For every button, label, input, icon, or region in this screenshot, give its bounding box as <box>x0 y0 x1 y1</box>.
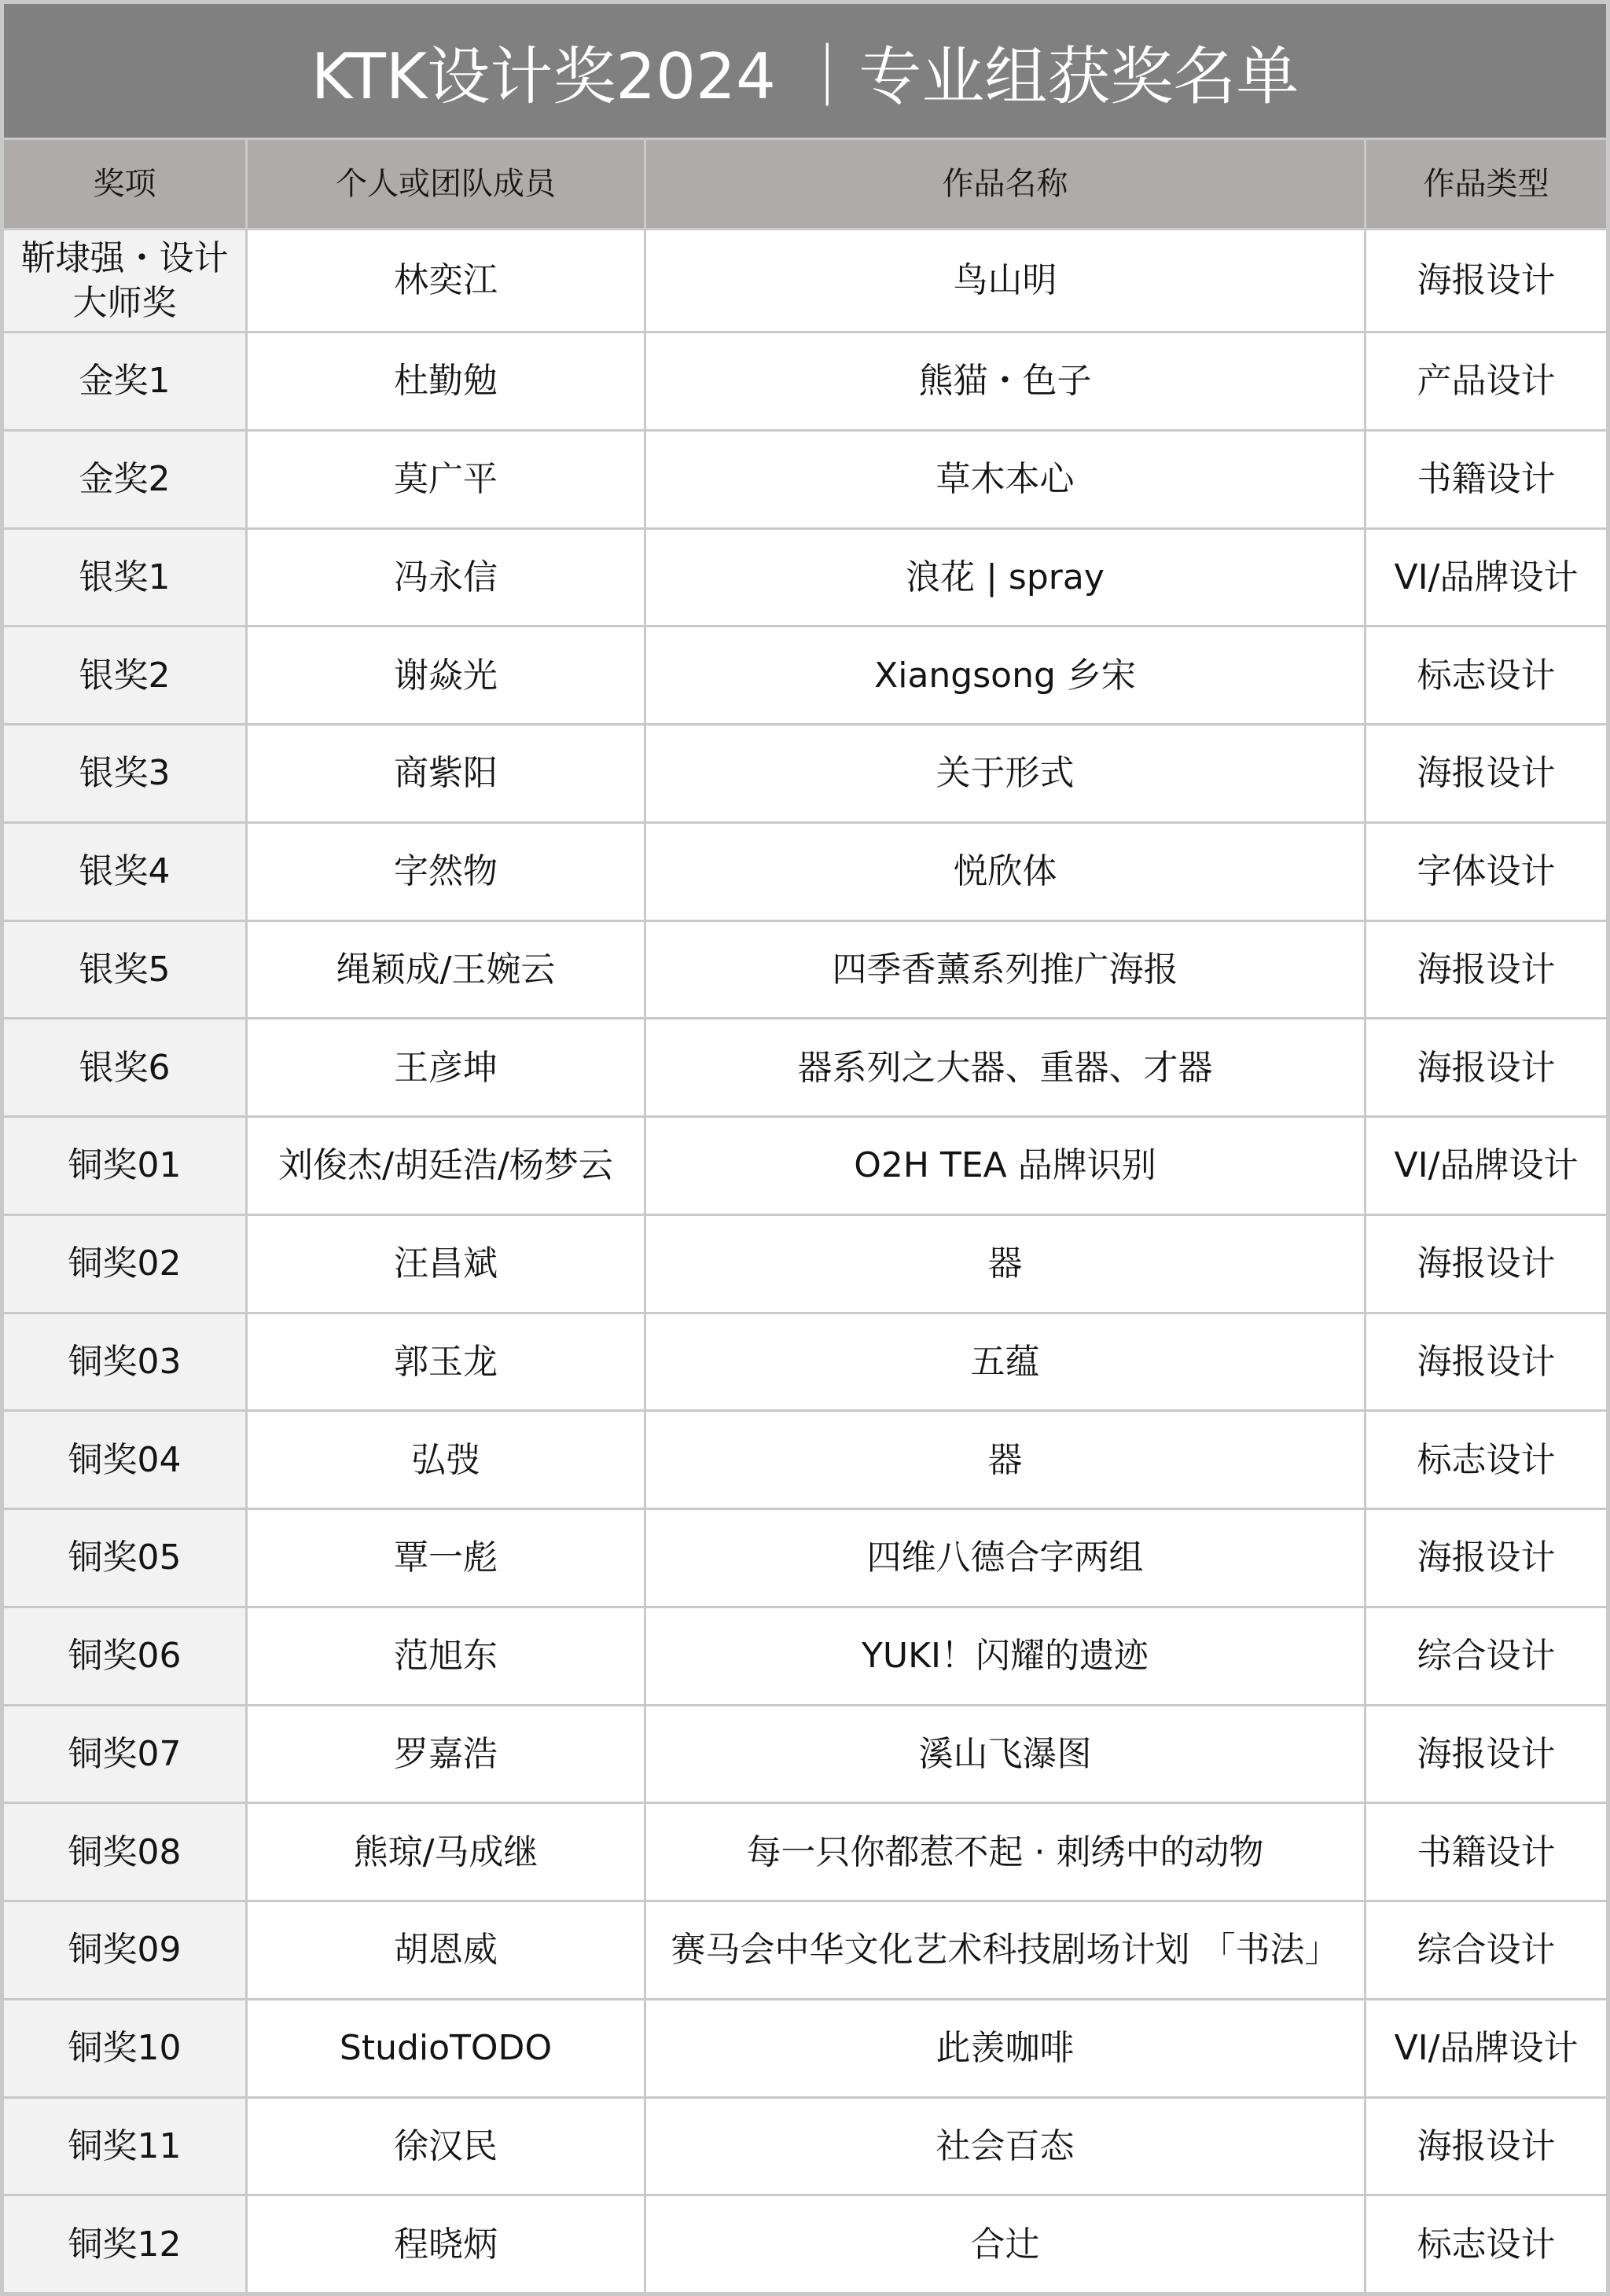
cell-members: 林奕江 <box>248 230 644 331</box>
cell-members: 覃一彪 <box>248 1510 644 1606</box>
cell-type: 书籍设计 <box>1366 1804 1606 1900</box>
cell-type: 海报设计 <box>1366 1706 1606 1802</box>
cell-type: 书籍设计 <box>1366 432 1606 527</box>
cell-award: 靳埭强・设计大师奖 <box>4 230 245 331</box>
cell-award: 铜奖12 <box>4 2196 245 2292</box>
cell-award: 铜奖10 <box>4 2000 245 2096</box>
cell-award: 金奖1 <box>4 333 245 429</box>
cell-type: 产品设计 <box>1366 333 1606 429</box>
cell-award: 金奖2 <box>4 432 245 527</box>
cell-work: 每一只你都惹不起 · 刺绣中的动物 <box>646 1804 1364 1900</box>
cell-award: 铜奖11 <box>4 2099 245 2195</box>
cell-work: 熊猫・色子 <box>646 333 1364 429</box>
cell-work: 浪花 | spray <box>646 530 1364 626</box>
cell-work: 四季香薰系列推广海报 <box>646 922 1364 1018</box>
cell-work: 草木本心 <box>646 432 1364 527</box>
cell-type: 海报设计 <box>1366 2099 1606 2195</box>
cell-award: 铜奖02 <box>4 1216 245 1312</box>
cell-type: VI/品牌设计 <box>1366 530 1606 626</box>
cell-type: VI/品牌设计 <box>1366 1118 1606 1214</box>
cell-members: 冯永信 <box>248 530 644 626</box>
cell-award: 银奖1 <box>4 530 245 626</box>
column-header-work: 作品名称 <box>646 140 1364 228</box>
cell-type: 海报设计 <box>1366 922 1606 1018</box>
cell-type: 字体设计 <box>1366 824 1606 920</box>
cell-award: 铜奖08 <box>4 1804 245 1900</box>
cell-type: 标志设计 <box>1366 1412 1606 1508</box>
cell-award: 银奖6 <box>4 1019 245 1115</box>
award-table: KTK设计奖2024 ｜专业组获奖名单 奖项 个人或团队成员 作品名称 作品类型… <box>0 0 1610 2296</box>
cell-work: Xiangsong 乡宋 <box>646 627 1364 723</box>
cell-members: 罗嘉浩 <box>248 1706 644 1802</box>
cell-members: 绳颖成/王婉云 <box>248 922 644 1018</box>
cell-work: 四维八德合字两组 <box>646 1510 1364 1606</box>
cell-award: 银奖4 <box>4 824 245 920</box>
cell-work: 五蕴 <box>646 1314 1364 1410</box>
cell-members: 字然物 <box>248 824 644 920</box>
cell-type: VI/品牌设计 <box>1366 2000 1606 2096</box>
cell-work: O2H TEA 品牌识别 <box>646 1118 1364 1214</box>
cell-award: 银奖3 <box>4 726 245 821</box>
cell-members: 弘弢 <box>248 1412 644 1508</box>
cell-members: 刘俊杰/胡廷浩/杨梦云 <box>248 1118 644 1214</box>
cell-members: 商紫阳 <box>248 726 644 821</box>
cell-work: 悦欣体 <box>646 824 1364 920</box>
cell-members: 胡恩威 <box>248 1902 644 1998</box>
cell-members: 莫广平 <box>248 432 644 527</box>
cell-type: 海报设计 <box>1366 1216 1606 1312</box>
cell-award: 银奖2 <box>4 627 245 723</box>
cell-work: 器系列之大器、重器、才器 <box>646 1019 1364 1115</box>
column-header-type: 作品类型 <box>1366 140 1606 228</box>
cell-members: 郭玉龙 <box>248 1314 644 1410</box>
cell-work: 赛马会中华文化艺术科技剧场计划 「书法」 <box>646 1902 1364 1998</box>
cell-work: 合辻 <box>646 2196 1364 2292</box>
cell-type: 标志设计 <box>1366 627 1606 723</box>
cell-award: 铜奖03 <box>4 1314 245 1410</box>
cell-award: 铜奖06 <box>4 1608 245 1704</box>
cell-type: 标志设计 <box>1366 2196 1606 2292</box>
cell-members: 徐汉民 <box>248 2099 644 2195</box>
cell-type: 海报设计 <box>1366 1314 1606 1410</box>
cell-members: 汪昌斌 <box>248 1216 644 1312</box>
cell-work: 鸟山明 <box>646 230 1364 331</box>
cell-work: YUKI！闪耀的遗迹 <box>646 1608 1364 1704</box>
cell-award: 银奖5 <box>4 922 245 1018</box>
cell-type: 海报设计 <box>1366 1019 1606 1115</box>
cell-members: StudioTODO <box>248 2000 644 2096</box>
cell-work: 社会百态 <box>646 2099 1364 2195</box>
cell-work: 器 <box>646 1412 1364 1508</box>
cell-work: 关于形式 <box>646 726 1364 821</box>
cell-award: 铜奖01 <box>4 1118 245 1214</box>
cell-award: 铜奖09 <box>4 1902 245 1998</box>
column-header-members: 个人或团队成员 <box>248 140 644 228</box>
cell-type: 海报设计 <box>1366 230 1606 331</box>
cell-members: 杜勤勉 <box>248 333 644 429</box>
cell-members: 范旭东 <box>248 1608 644 1704</box>
cell-members: 熊琼/马成继 <box>248 1804 644 1900</box>
page-title: KTK设计奖2024 ｜专业组获奖名单 <box>4 4 1606 138</box>
cell-award: 铜奖07 <box>4 1706 245 1802</box>
cell-award: 铜奖04 <box>4 1412 245 1508</box>
cell-members: 谢焱光 <box>248 627 644 723</box>
cell-award: 铜奖05 <box>4 1510 245 1606</box>
cell-type: 海报设计 <box>1366 726 1606 821</box>
cell-type: 综合设计 <box>1366 1902 1606 1998</box>
cell-work: 溪山飞瀑图 <box>646 1706 1364 1802</box>
cell-members: 王彦坤 <box>248 1019 644 1115</box>
cell-work: 此羡咖啡 <box>646 2000 1364 2096</box>
column-header-award: 奖项 <box>4 140 245 228</box>
cell-type: 综合设计 <box>1366 1608 1606 1704</box>
cell-work: 器 <box>646 1216 1364 1312</box>
cell-type: 海报设计 <box>1366 1510 1606 1606</box>
cell-members: 程晓炳 <box>248 2196 644 2292</box>
